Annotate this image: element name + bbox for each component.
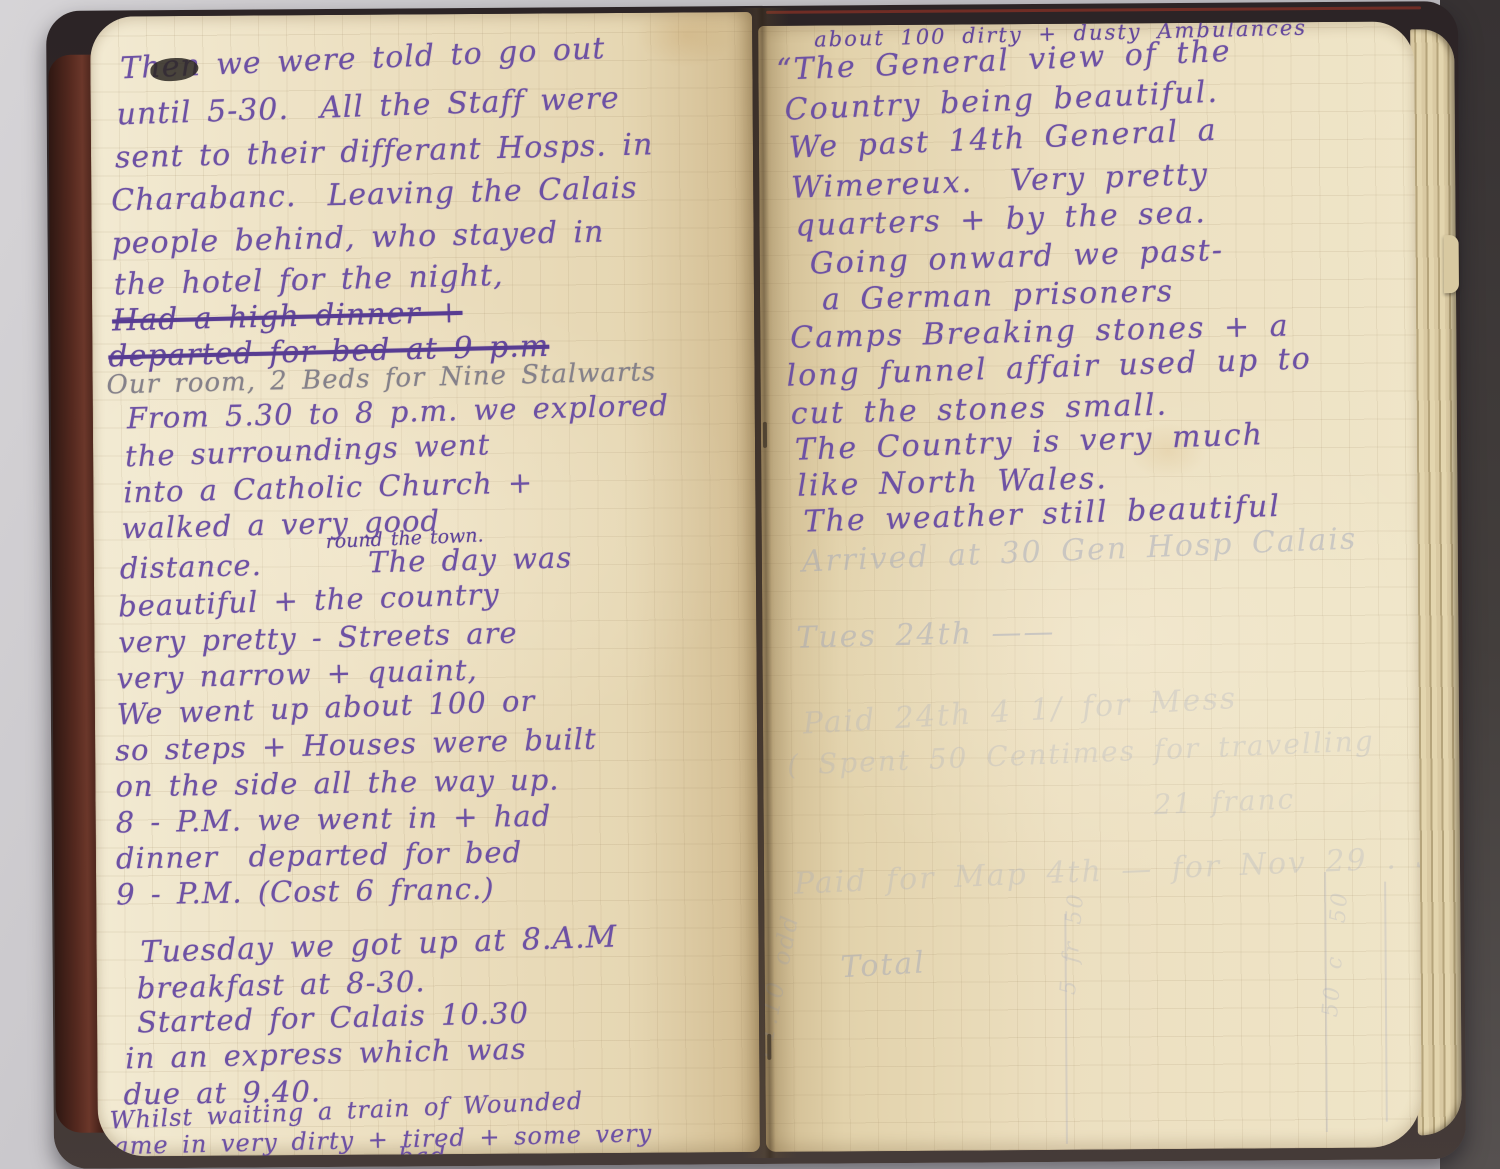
left-page-handwriting: Then we were told to go outuntil 5-30. A… xyxy=(90,12,760,1157)
handwriting-line: Tuesday we got up at 8.A.M xyxy=(140,922,618,968)
handwriting-line: until 5-30. All the Staff were xyxy=(116,84,620,131)
ghost-line: £1.10 odd xyxy=(758,912,802,1060)
page-tab xyxy=(1444,235,1459,293)
handwriting-line: Charabanc. Leaving the Calais xyxy=(111,174,638,217)
handwriting-line: so steps + Houses were built xyxy=(115,725,597,766)
ghost-line: Arrived at 30 Gen Hosp Calais xyxy=(801,524,1358,577)
handwriting-line: beautiful + the country xyxy=(118,580,500,622)
ghost-line: 21 franc xyxy=(1153,785,1296,819)
handwriting-line: people behind, who stayed in xyxy=(111,217,604,259)
handwriting-line: Then we were told to go out xyxy=(120,34,606,84)
left-page: Then we were told to go outuntil 5-30. A… xyxy=(90,12,760,1157)
handwriting-line: distance. The day was xyxy=(120,543,573,583)
ghost-line: Tues 24th —— xyxy=(796,617,1056,653)
ghost-line: 5 fr 50 xyxy=(1058,892,1088,996)
handwriting-line: sent to their differant Hosps. in xyxy=(115,130,654,173)
right-page-bleedthrough: Arrived at 30 Gen Hosp CalaisTues 24th —… xyxy=(758,21,1422,1152)
handwriting-line: in an express which was xyxy=(125,1035,527,1074)
handwriting-line: the surroundings went xyxy=(125,430,491,471)
handwriting-line: 9 - P.M. (Cost 6 franc.) xyxy=(116,875,495,910)
binding-stitch xyxy=(767,1034,771,1060)
ghost-line: Paid 24th 4 1/ for Mess xyxy=(802,684,1238,740)
handwriting-line: 8 - P.M. we went in + had xyxy=(115,802,551,838)
handwriting-line: very pretty - Streets are xyxy=(118,619,518,658)
handwriting-line: Started for Calais 10.30 xyxy=(137,999,530,1038)
notebook-photo: Then we were told to go outuntil 5-30. A… xyxy=(0,0,1500,1169)
handwriting-line: Had a high dinner + xyxy=(112,298,463,337)
handwriting-line: on the side all the way up. xyxy=(115,766,560,802)
handwriting-line: breakfast at 8-30. xyxy=(136,967,425,1003)
handwriting-line: dinner departed for bed xyxy=(116,838,523,873)
open-notebook: Then we were told to go outuntil 5-30. A… xyxy=(46,0,1466,1167)
right-page: about 100 dirty + dusty Ambulances“The G… xyxy=(758,21,1422,1152)
handwriting-line: into a Catholic Church + xyxy=(123,468,534,507)
ghost-line: Total xyxy=(840,948,927,983)
binding-stitch xyxy=(763,422,767,448)
